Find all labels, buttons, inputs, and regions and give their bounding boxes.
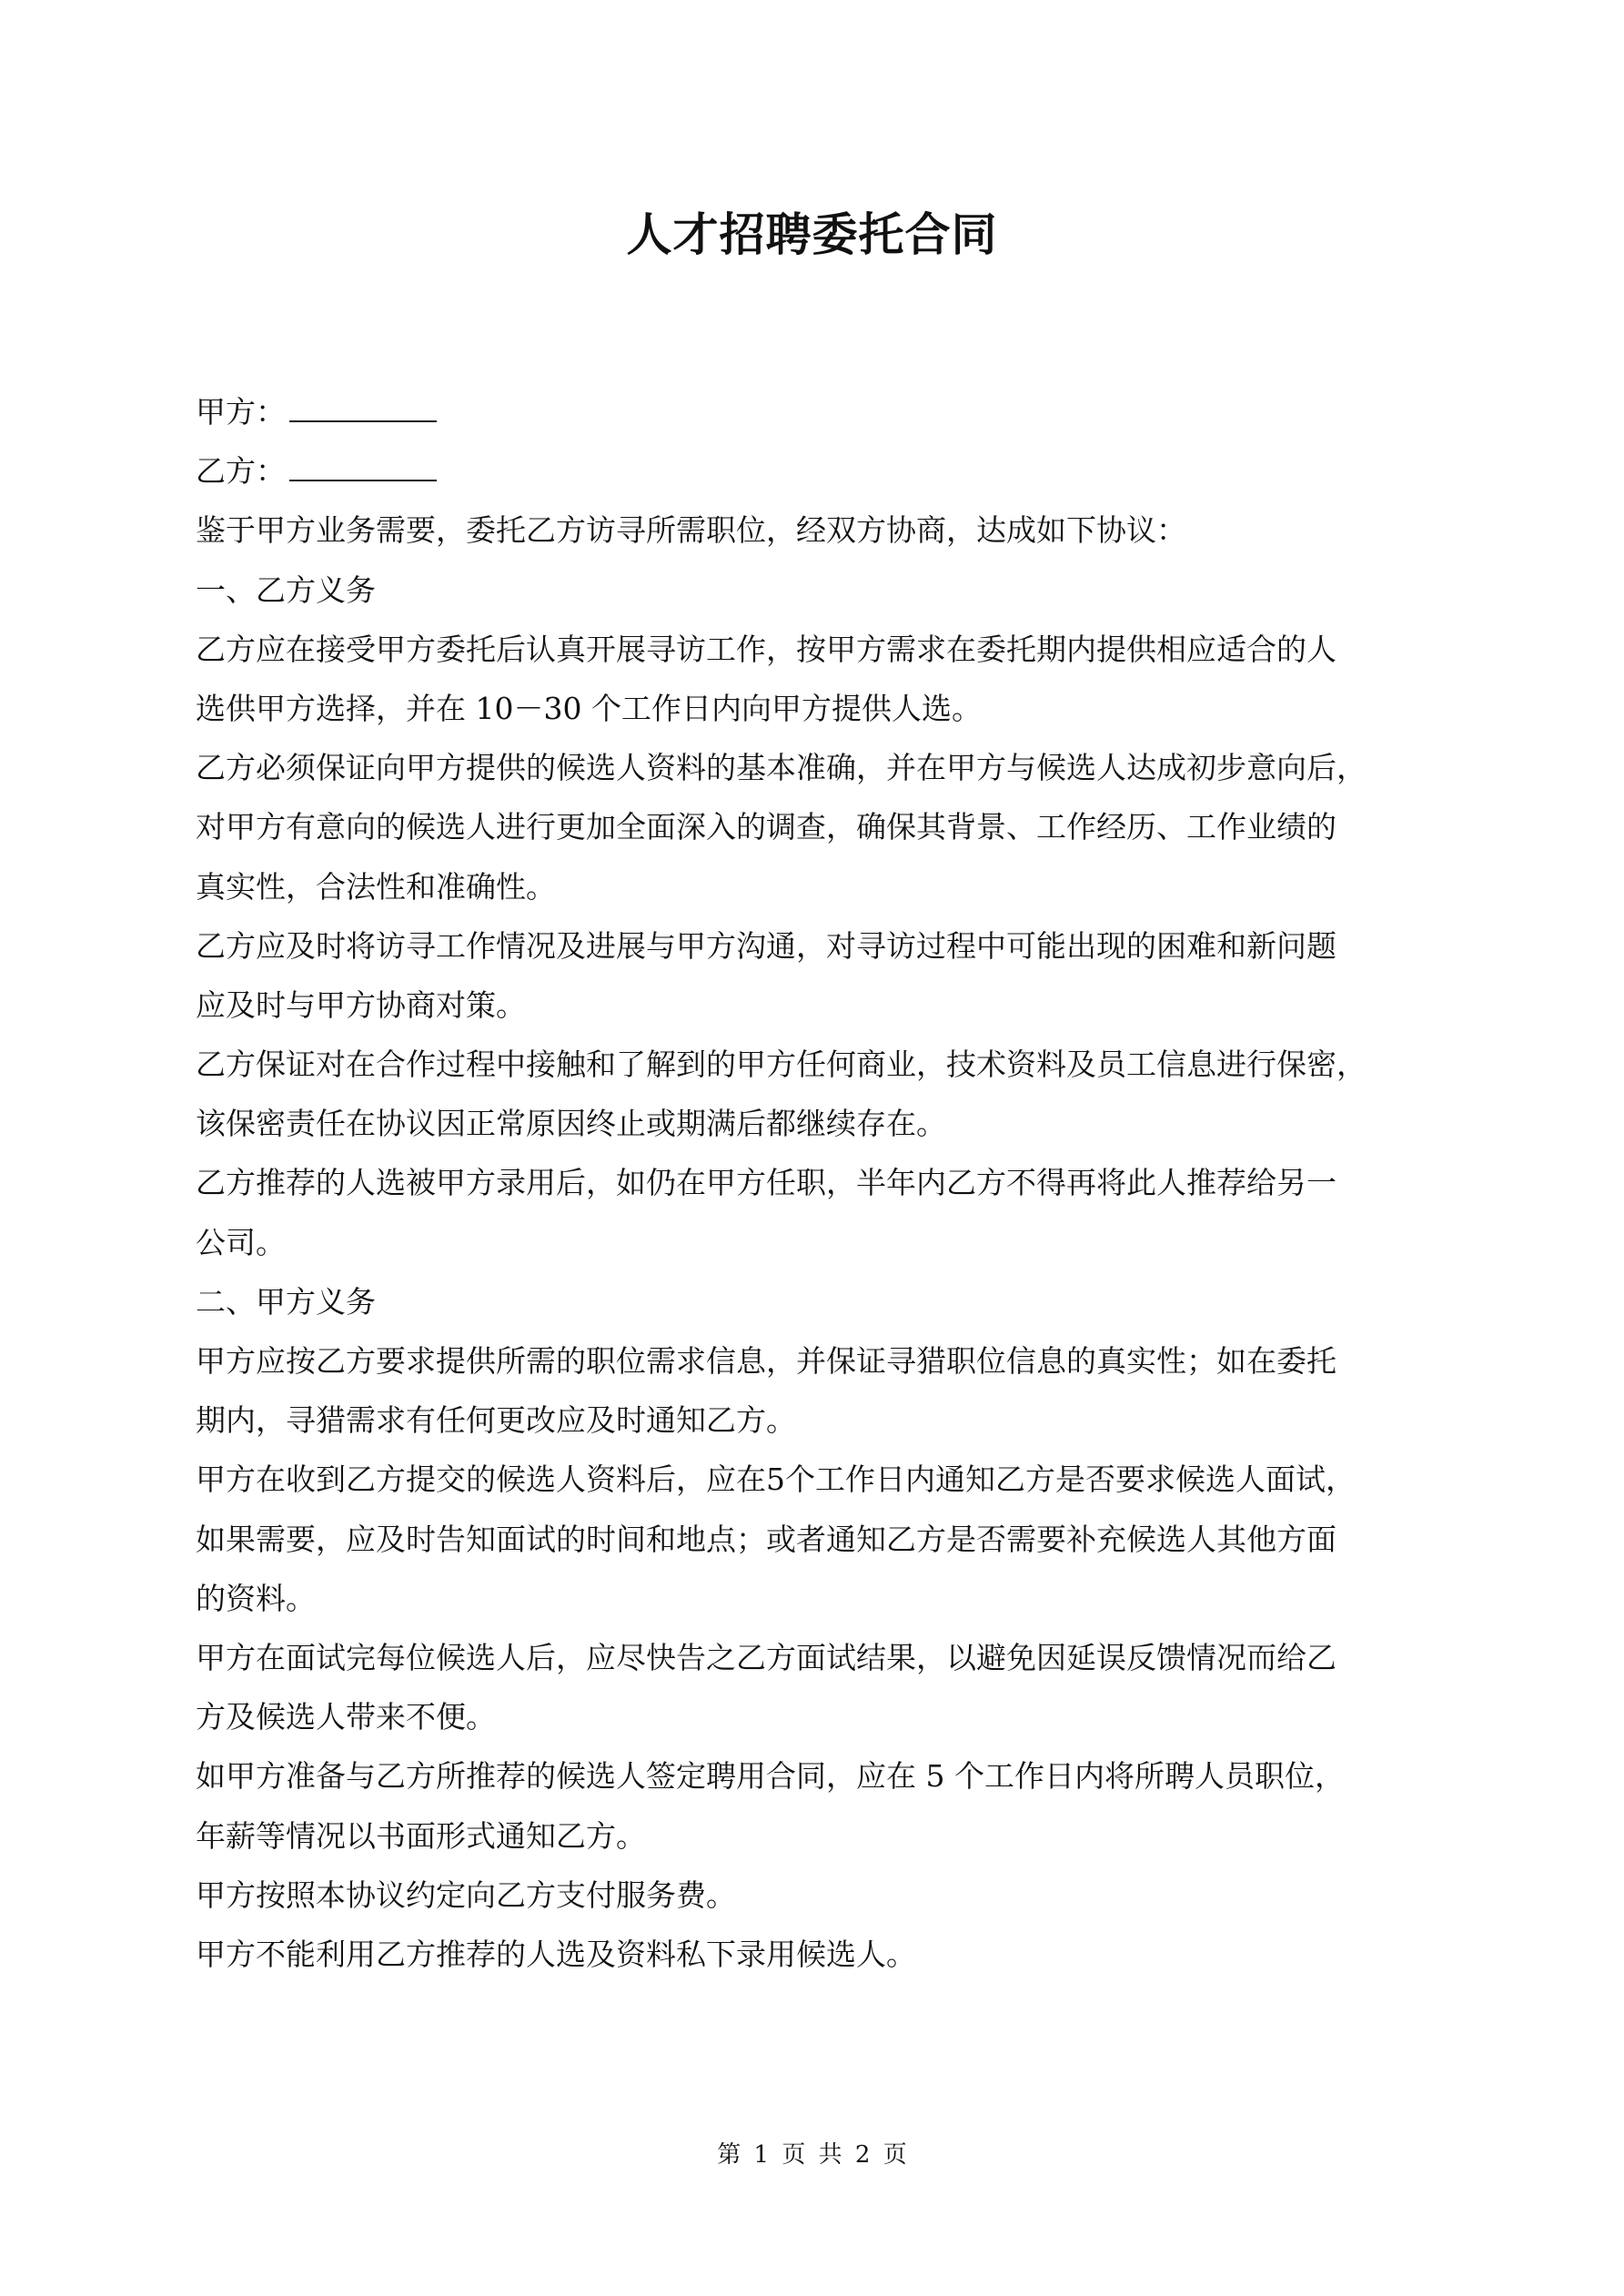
party-b-line: 乙方： (196, 441, 1447, 501)
party-a-label: 甲方： (196, 394, 286, 430)
paragraph-line: 该保密责任在协议因正常原因终止或期满后都继续存在。 (196, 1094, 1447, 1153)
paragraph-line: 甲方在面试完每位候选人后，应尽快告之乙方面试结果，以避免因延误反馈情况而给乙 (196, 1628, 1447, 1687)
paragraph-line: 乙方推荐的人选被甲方录用后，如仍在甲方任职，半年内乙方不得再将此人推荐给另一 (196, 1153, 1447, 1212)
paragraph-line: 期内，寻猎需求有任何更改应及时通知乙方。 (196, 1391, 1447, 1450)
paragraph-line: 如甲方准备与乙方所推荐的候选人签定聘用合同，应在 5 个工作日内将所聘人员职位， (196, 1746, 1447, 1805)
paragraph-line: 真实性，合法性和准确性。 (196, 857, 1447, 916)
paragraph-line: 如果需要，应及时告知面试的时间和地点；或者通知乙方是否需要补充候选人其他方面 (196, 1510, 1447, 1569)
section-heading-party-a-obligations: 二、甲方义务 (196, 1272, 1447, 1331)
page-number-footer: 第 1 页 共 2 页 (0, 2139, 1624, 2171)
preamble: 鉴于甲方业务需要，委托乙方访寻所需职位，经双方协商，达成如下协议： (196, 501, 1447, 560)
paragraph-line: 选供甲方选择，并在 10－30 个工作日内向甲方提供人选。 (196, 679, 1447, 738)
document-title: 人才招聘委托合同 (0, 207, 1624, 262)
party-b-label: 乙方： (196, 453, 286, 489)
paragraph-line: 甲方不能利用乙方推荐的人选及资料私下录用候选人。 (196, 1925, 1447, 1984)
paragraph-line: 公司。 (196, 1213, 1447, 1272)
paragraph-line: 的资料。 (196, 1569, 1447, 1628)
paragraph-line: 乙方应及时将访寻工作情况及进展与甲方沟通，对寻访过程中可能出现的困难和新问题 (196, 916, 1447, 976)
paragraph-line: 乙方必须保证向甲方提供的候选人资料的基本准确，并在甲方与候选人达成初步意向后， (196, 738, 1447, 797)
document-body: 甲方： 乙方： 鉴于甲方业务需要，委托乙方访寻所需职位，经双方协商，达成如下协议… (196, 382, 1447, 1984)
paragraph-line: 应及时与甲方协商对策。 (196, 976, 1447, 1035)
party-b-blank-field (289, 454, 437, 481)
paragraph-line: 方及候选人带来不便。 (196, 1687, 1447, 1746)
paragraph-line: 甲方应按乙方要求提供所需的职位需求信息，并保证寻猎职位信息的真实性；如在委托 (196, 1331, 1447, 1391)
paragraph-line: 乙方应在接受甲方委托后认真开展寻访工作，按甲方需求在委托期内提供相应适合的人 (196, 620, 1447, 679)
paragraph-line: 甲方按照本协议约定向乙方支付服务费。 (196, 1866, 1447, 1925)
paragraph-line: 甲方在收到乙方提交的候选人资料后，应在5个工作日内通知乙方是否要求候选人面试， (196, 1450, 1447, 1509)
party-a-blank-field (289, 395, 437, 422)
paragraph-line: 对甲方有意向的候选人进行更加全面深入的调查，确保其背景、工作经历、工作业绩的 (196, 797, 1447, 856)
paragraph-line: 乙方保证对在合作过程中接触和了解到的甲方任何商业，技术资料及员工信息进行保密， (196, 1035, 1447, 1094)
party-a-line: 甲方： (196, 382, 1447, 441)
paragraph-line: 年薪等情况以书面形式通知乙方。 (196, 1806, 1447, 1866)
section-heading-party-b-obligations: 一、乙方义务 (196, 561, 1447, 620)
document-page: 人才招聘委托合同 甲方： 乙方： 鉴于甲方业务需要，委托乙方访寻所需职位，经双方… (0, 0, 1624, 2296)
